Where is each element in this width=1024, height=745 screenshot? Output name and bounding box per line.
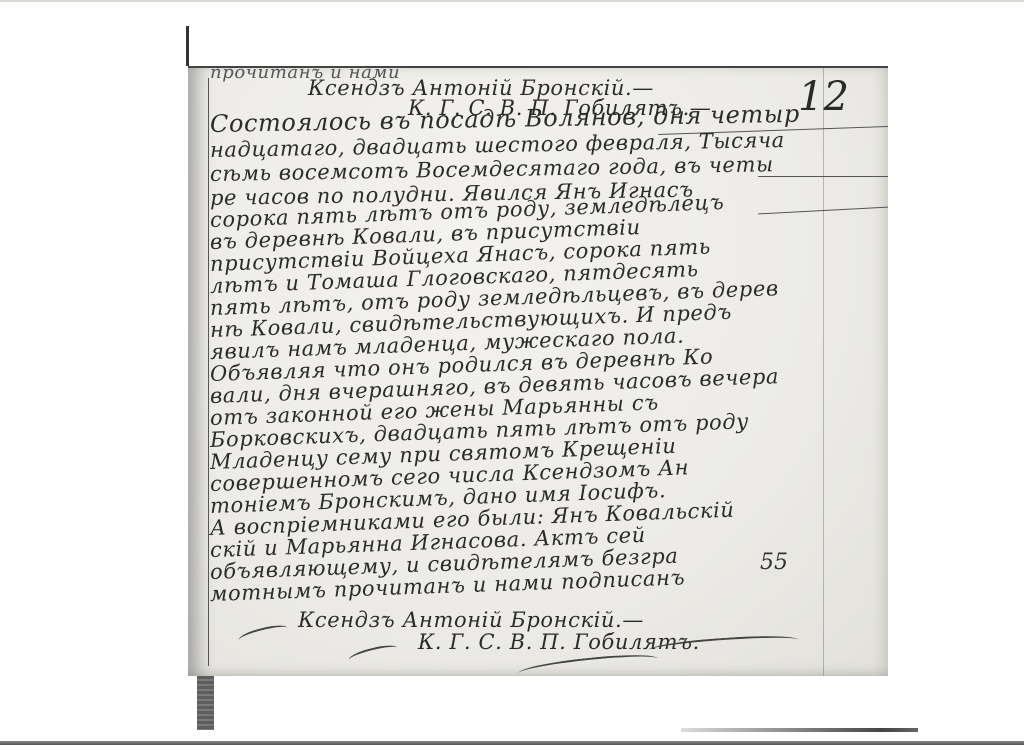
scan-top-edge	[0, 0, 1024, 2]
right-margin-rule	[823, 68, 824, 676]
margin-divider	[758, 176, 888, 177]
signature-flourish	[518, 651, 659, 676]
signature-flourish	[237, 622, 288, 646]
scan-artifact-bar	[681, 728, 918, 732]
entry-number: 12	[798, 74, 849, 120]
page-number: 55	[760, 550, 788, 575]
document-page: прочитанъ и нами Ксендзъ Антоній Бронскі…	[188, 66, 888, 676]
scan-stamp-strip	[197, 676, 214, 730]
signature-flourish	[347, 642, 398, 666]
scan-corner-mark	[186, 26, 189, 66]
signature-line: Ксендзъ Антоній Бронскій.—	[298, 608, 644, 632]
scan-bottom-edge	[0, 741, 1024, 745]
left-margin-rule	[208, 78, 209, 666]
